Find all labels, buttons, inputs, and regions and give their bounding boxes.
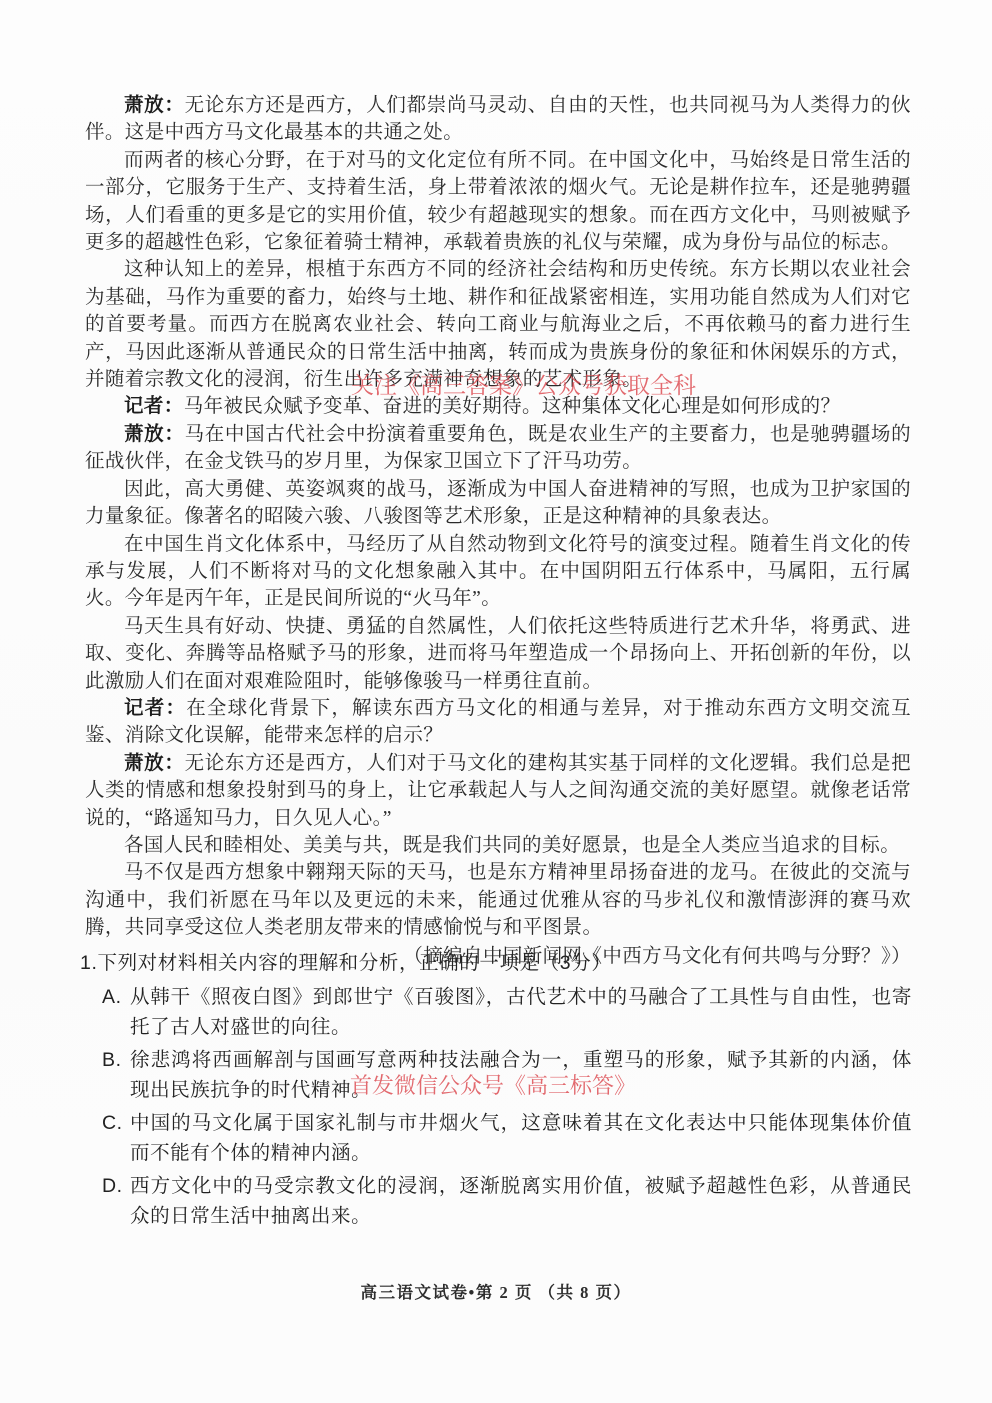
option-row-a: A.从韩干《照夜白图》到郎世宁《百骏图》，古代艺术中的马融合了工具性与自由性，也… [80, 982, 912, 1042]
paragraph-text: 在全球化背景下，解读东西方马文化的相通与差异，对于推动东西方文明交流互鉴、消除文… [85, 698, 911, 746]
option-text: 中国的马文化属于国家礼制与市井烟火气，这意味着其在文化表达中只能体现集体价值而不… [130, 1112, 912, 1164]
option-row-d: D.西方文化中的马受宗教文化的浸润，逐渐脱离实用价值，被赋予超越性色彩，从普通民… [80, 1171, 912, 1231]
passage-paragraph: 各国人民和睦相处、美美与共，既是我们共同的美好愿景，也是全人类应当追求的目标。 [85, 832, 911, 859]
passage-paragraph: 记者：马年被民众赋予变革、奋进的美好期待。这种集体文化心理是如何形成的？ [85, 393, 911, 420]
passage-paragraph: 这种认知上的差异，根植于东西方不同的经济社会结构和历史传统。东方长期以农业社会为… [85, 256, 911, 393]
exam-page: 萧放：无论东方还是西方，人们都崇尚马灵动、自由的天性，也共同视马为人类得力的伙伴… [0, 0, 992, 1403]
paragraph-text: 马在中国古代社会中扮演着重要角色，既是农业生产的主要畜力，也是驰骋疆场的征战伙伴… [85, 424, 911, 472]
option-label: C. [102, 1108, 123, 1138]
passage-paragraph: 马不仅是西方想象中翱翔天际的天马，也是东方精神里昂扬奋进的龙马。在彼此的交流与沟… [85, 859, 911, 941]
paragraph-text: 因此，高大勇健、英姿飒爽的战马，逐渐成为中国人奋进精神的写照，也成为卫护家国的力… [85, 479, 911, 527]
speaker-name: 萧放： [124, 95, 185, 116]
option-row-b: B.徐悲鸿将西画解剖与国画写意两种技法融合为一，重塑马的形象，赋予其新的内涵，体… [80, 1045, 912, 1105]
speaker-name: 记者： [124, 698, 186, 719]
question-stem-text: 下列对材料相关内容的理解和分析，正确的一项是（3分） [97, 952, 611, 974]
paragraph-text: 而两者的核心分野，在于对马的文化定位有所不同。在中国文化中，马始终是日常生活的一… [85, 150, 911, 253]
passage-paragraph: 马天生具有好动、快捷、勇猛的自然属性，人们依托这些特质进行艺术升华，将勇武、进取… [85, 613, 911, 695]
passage-paragraph: 因此，高大勇健、英姿飒爽的战马，逐渐成为中国人奋进精神的写照，也成为卫护家国的力… [85, 476, 911, 531]
question-number: 1. [80, 952, 97, 974]
paragraph-text: 马天生具有好动、快捷、勇猛的自然属性，人们依托这些特质进行艺术升华，将勇武、进取… [85, 616, 911, 692]
paragraph-text: 无论东方还是西方，人们对于马文化的建构其实基于同样的文化逻辑。我们总是把人类的情… [85, 753, 911, 829]
paragraph-text: 马不仅是西方想象中翱翔天际的天马，也是东方精神里昂扬奋进的龙马。在彼此的交流与沟… [85, 862, 911, 938]
option-text: 西方文化中的马受宗教文化的浸润，逐渐脱离实用价值，被赋予超越性色彩，从普通民众的… [130, 1175, 912, 1227]
paragraph-text: 这种认知上的差异，根植于东西方不同的经济社会结构和历史传统。东方长期以农业社会为… [85, 259, 911, 390]
page-footer: 高三语文试卷•第 2 页 （共 8 页） [0, 1279, 992, 1303]
paragraph-text: 无论东方还是西方，人们都崇尚马灵动、自由的天性，也共同视马为人类得力的伙伴。这是… [85, 95, 911, 143]
paragraph-text: 在中国生肖文化体系中，马经历了从自然动物到文化符号的演变过程。随着生肖文化的传承… [85, 534, 911, 610]
speaker-name: 记者： [124, 396, 184, 417]
option-row-c: C.中国的马文化属于国家礼制与市井烟火气，这意味着其在文化表达中只能体现集体价值… [80, 1108, 912, 1168]
option-label: B. [102, 1045, 122, 1075]
option-label: D. [102, 1171, 123, 1201]
passage-paragraph: 萧放：无论东方还是西方，人们都崇尚马灵动、自由的天性，也共同视马为人类得力的伙伴… [85, 92, 911, 147]
option-label: A. [102, 982, 122, 1012]
question-stem: 1.下列对材料相关内容的理解和分析，正确的一项是（3分） [80, 948, 912, 978]
passage-paragraph: 记者：在全球化背景下，解读东西方马文化的相通与差异，对于推动东西方文明交流互鉴、… [85, 695, 911, 750]
option-text: 从韩干《照夜白图》到郎世宁《百骏图》，古代艺术中的马融合了工具性与自由性，也寄托… [130, 986, 912, 1038]
passage-section: 萧放：无论东方还是西方，人们都崇尚马灵动、自由的天性，也共同视马为人类得力的伙伴… [85, 92, 911, 970]
option-text: 徐悲鸿将西画解剖与国画写意两种技法融合为一，重塑马的形象，赋予其新的内涵，体现出… [130, 1049, 912, 1101]
speaker-name: 萧放： [124, 424, 185, 445]
passage-paragraph: 萧放：无论东方还是西方，人们对于马文化的建构其实基于同样的文化逻辑。我们总是把人… [85, 750, 911, 832]
speaker-name: 萧放： [124, 753, 185, 774]
passage-paragraph: 萧放：马在中国古代社会中扮演着重要角色，既是农业生产的主要畜力，也是驰骋疆场的征… [85, 421, 911, 476]
paragraph-text: 马年被民众赋予变革、奋进的美好期待。这种集体文化心理是如何形成的？ [184, 396, 841, 417]
passage-paragraph: 而两者的核心分野，在于对马的文化定位有所不同。在中国文化中，马始终是日常生活的一… [85, 147, 911, 257]
paragraph-text: 各国人民和睦相处、美美与共，既是我们共同的美好愿景，也是全人类应当追求的目标。 [124, 835, 900, 856]
question-section: 1.下列对材料相关内容的理解和分析，正确的一项是（3分） A.从韩干《照夜白图》… [80, 948, 912, 1234]
passage-paragraph: 在中国生肖文化体系中，马经历了从自然动物到文化符号的演变过程。随着生肖文化的传承… [85, 531, 911, 613]
